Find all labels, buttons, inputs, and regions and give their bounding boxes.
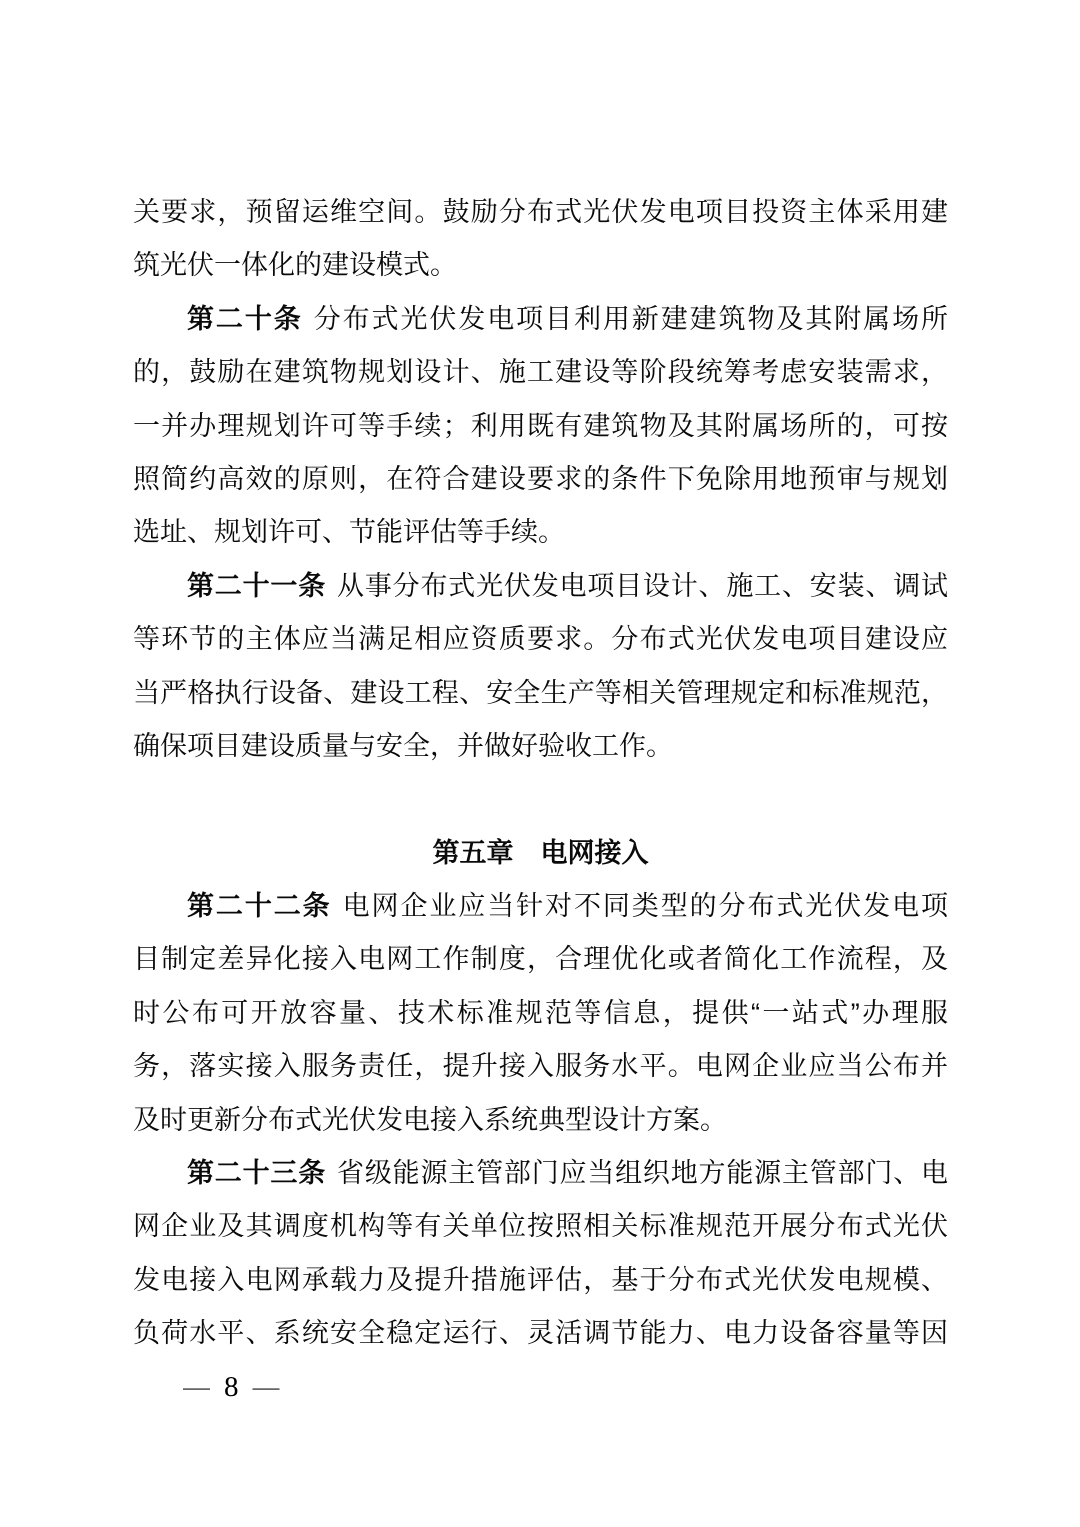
text-line: 第二十三条省级能源主管部门应当组织地方能源主管部门、电 (133, 1147, 948, 1200)
line-text: 网企业及其调度机构等有关单位按照相关标准规范开展分布式光伏 (133, 1211, 948, 1241)
line-text: 确保项目建设质量与安全，并做好验收工作。 (133, 731, 673, 761)
text-line: 确保项目建设质量与安全，并做好验收工作。 (133, 720, 948, 773)
line-text: 负荷水平、系统安全稳定运行、灵活调节能力、电力设备容量等因 (133, 1318, 948, 1348)
text-line: 第二十二条电网企业应当针对不同类型的分布式光伏发电项 (133, 880, 948, 933)
article-number: 第二十二条 (187, 891, 332, 921)
line-text: 发电接入电网承载力及提升措施评估，基于分布式光伏发电规模、 (133, 1265, 948, 1295)
text-line: 负荷水平、系统安全稳定运行、灵活调节能力、电力设备容量等因 (133, 1307, 948, 1360)
text-line: 务，落实接入服务责任，提升接入服务水平。电网企业应当公布并 (133, 1040, 948, 1093)
article-number: 第二十三条 (187, 1158, 326, 1188)
text-line: 选址、规划许可、节能评估等手续。 (133, 506, 948, 559)
line-text: 及时更新分布式光伏发电接入系统典型设计方案。 (133, 1105, 727, 1135)
line-text: 当严格执行设备、建设工程、安全生产等相关管理规定和标准规范， (133, 678, 948, 708)
text-line: 关要求，预留运维空间。鼓励分布式光伏发电项目投资主体采用建 (133, 186, 948, 239)
page-number-dash-right: — (253, 1372, 280, 1402)
line-text: 从事分布式光伏发电项目设计、施工、安装、调试 (337, 571, 948, 601)
line-text: 一并办理规划许可等手续；利用既有建筑物及其附属场所的，可按 (133, 411, 948, 441)
chapter-heading-text: 第五章 电网接入 (433, 838, 649, 868)
text-line: 网企业及其调度机构等有关单位按照相关标准规范开展分布式光伏 (133, 1200, 948, 1253)
article-number: 第二十条 (187, 304, 303, 334)
line-text: 分布式光伏发电项目利用新建建筑物及其附属场所 (314, 304, 948, 334)
text-line: 筑光伏一体化的建设模式。 (133, 239, 948, 292)
line-text: 选址、规划许可、节能评估等手续。 (133, 517, 565, 547)
page-number-value: 8 (224, 1371, 239, 1403)
text-line: 一并办理规划许可等手续；利用既有建筑物及其附属场所的，可按 (133, 400, 948, 453)
line-text: 务，落实接入服务责任，提升接入服务水平。电网企业应当公布并 (133, 1051, 948, 1081)
text-line: 第二十条分布式光伏发电项目利用新建建筑物及其附属场所 (133, 293, 948, 346)
document-content: 关要求，预留运维空间。鼓励分布式光伏发电项目投资主体采用建 筑光伏一体化的建设模… (133, 186, 948, 1414)
line-text: 电网企业应当针对不同类型的分布式光伏发电项 (343, 891, 948, 921)
line-text: 关要求，预留运维空间。鼓励分布式光伏发电项目投资主体采用建 (133, 197, 948, 227)
line-text: 等环节的主体应当满足相应资质要求。分布式光伏发电项目建设应 (133, 624, 948, 654)
text-line: 目制定差异化接入电网工作制度，合理优化或者简化工作流程，及 (133, 933, 948, 986)
chapter-heading: 第五章 电网接入 (133, 827, 948, 880)
line-text: 目制定差异化接入电网工作制度，合理优化或者简化工作流程，及 (133, 944, 948, 974)
line-text: 省级能源主管部门应当组织地方能源主管部门、电 (337, 1158, 948, 1188)
document-page: 关要求，预留运维空间。鼓励分布式光伏发电项目投资主体采用建 筑光伏一体化的建设模… (0, 0, 1080, 1527)
page-number-dash-left: — (183, 1372, 210, 1402)
line-text: 筑光伏一体化的建设模式。 (133, 250, 457, 280)
text-line: 照简约高效的原则，在符合建设要求的条件下免除用地预审与规划 (133, 453, 948, 506)
line-text: 的，鼓励在建筑物规划设计、施工建设等阶段统筹考虑安装需求， (133, 357, 948, 387)
text-line: 时公布可开放容量、技术标准规范等信息，提供“一站式”办理服 (133, 987, 948, 1040)
text-line: 等环节的主体应当满足相应资质要求。分布式光伏发电项目建设应 (133, 613, 948, 666)
article-number: 第二十一条 (187, 571, 326, 601)
text-line: 及时更新分布式光伏发电接入系统典型设计方案。 (133, 1094, 948, 1147)
text-line: 的，鼓励在建筑物规划设计、施工建设等阶段统筹考虑安装需求， (133, 346, 948, 399)
line-text: 照简约高效的原则，在符合建设要求的条件下免除用地预审与规划 (133, 464, 948, 494)
text-line: 当严格执行设备、建设工程、安全生产等相关管理规定和标准规范， (133, 667, 948, 720)
text-line: 发电接入电网承载力及提升措施评估，基于分布式光伏发电规模、 (133, 1254, 948, 1307)
page-number: —8— (133, 1361, 948, 1414)
line-text: 时公布可开放容量、技术标准规范等信息，提供“一站式”办理服 (133, 998, 948, 1028)
text-line: 第二十一条从事分布式光伏发电项目设计、施工、安装、调试 (133, 560, 948, 613)
